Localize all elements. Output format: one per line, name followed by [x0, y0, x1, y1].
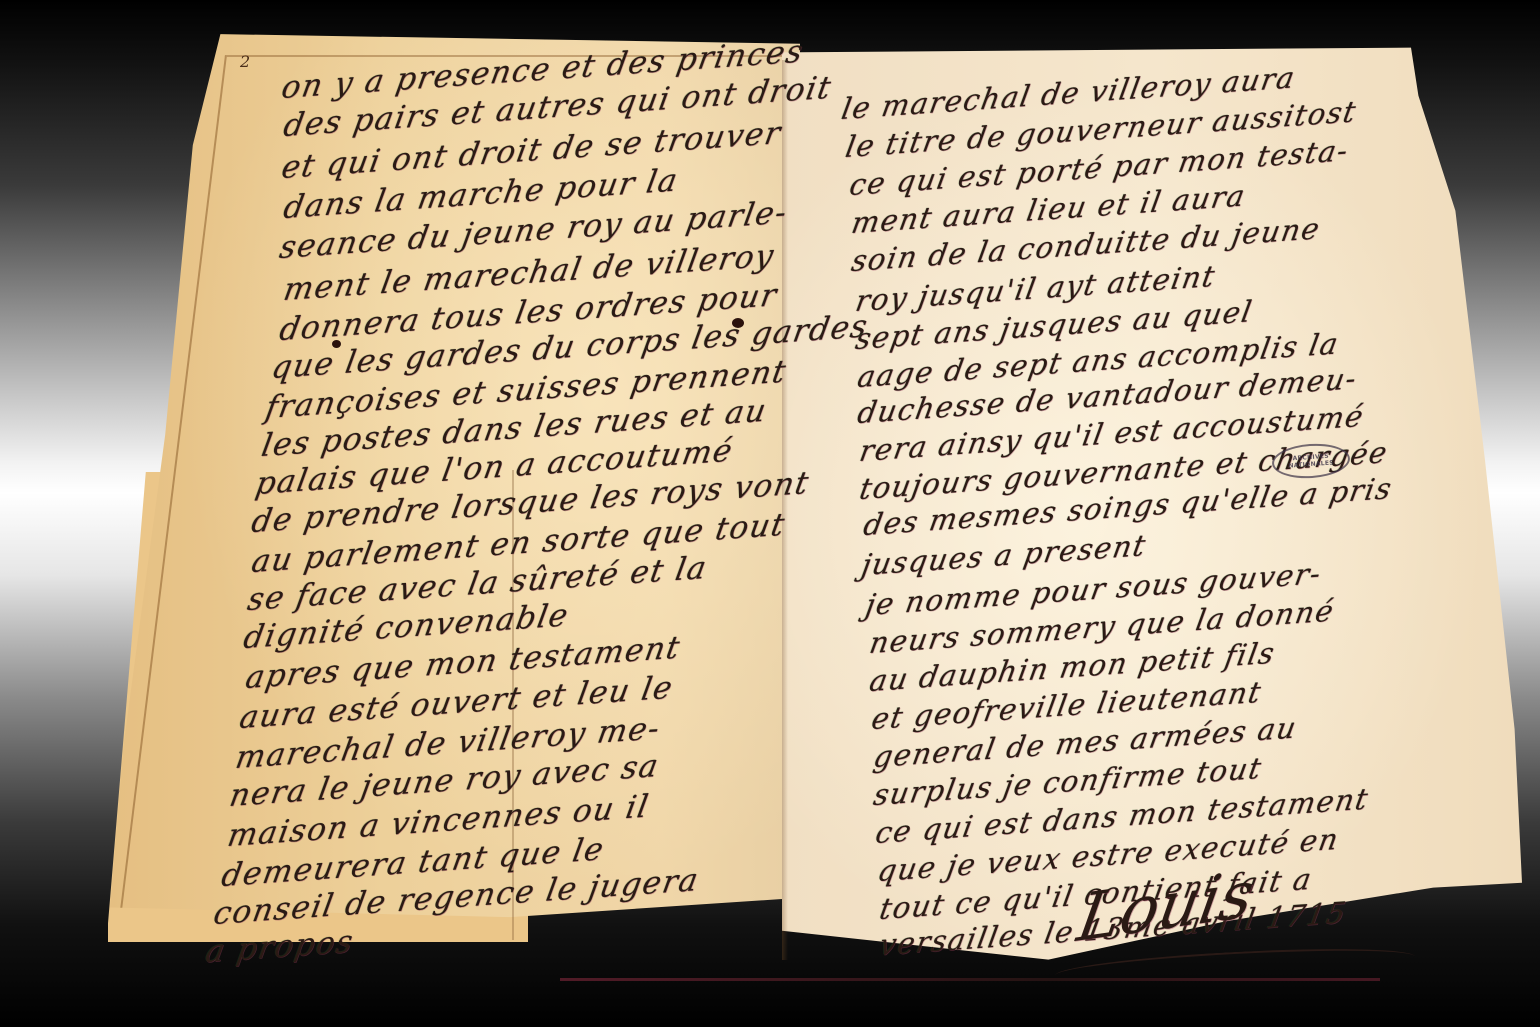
bottom-ink-line [560, 978, 1380, 981]
ink-blot [732, 318, 744, 328]
page-number: 2 [240, 52, 250, 71]
ink-blot [332, 340, 341, 348]
manuscript-photo: 2 on y a presence et des princes des pai… [0, 0, 1540, 1027]
